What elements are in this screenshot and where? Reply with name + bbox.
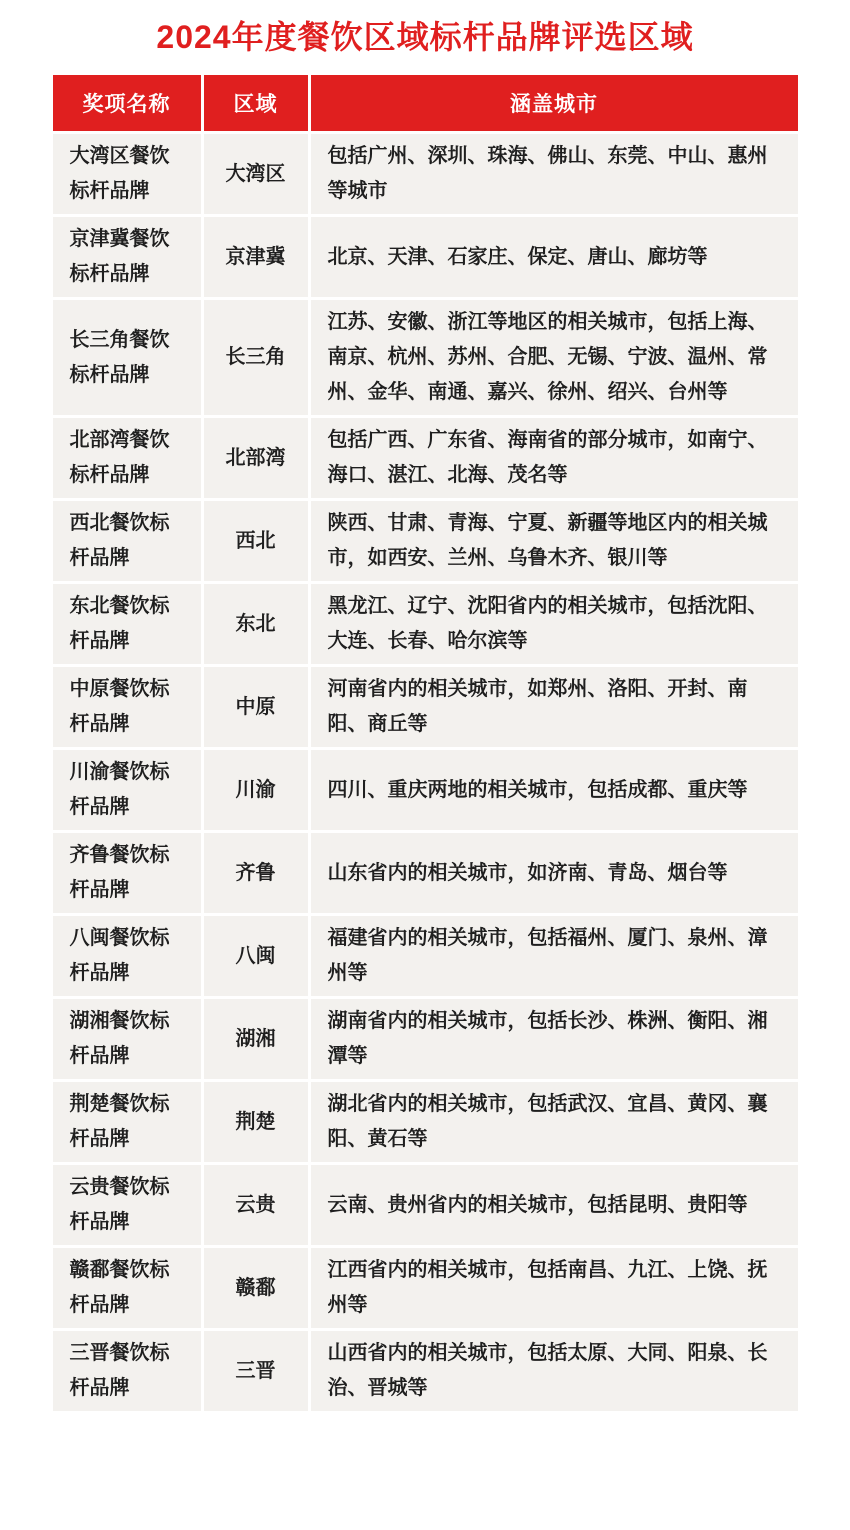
table-row: 大湾区餐饮标杆品牌 大湾区 包括广州、深圳、珠海、佛山、东莞、中山、惠州等城市 (53, 134, 798, 214)
award-name-cell: 长三角餐饮标杆品牌 (53, 300, 201, 415)
award-name-cell: 中原餐饮标杆品牌 (53, 667, 201, 747)
region-cell: 中原 (204, 667, 308, 747)
region-cell: 东北 (204, 584, 308, 664)
covered-cities-cell: 福建省内的相关城市，包括福州、厦门、泉州、漳州等 (311, 916, 798, 996)
covered-cities-cell: 湖北省内的相关城市，包括武汉、宜昌、黄冈、襄阳、黄石等 (311, 1082, 798, 1162)
award-name-cell: 大湾区餐饮标杆品牌 (53, 134, 201, 214)
award-name-cell: 云贵餐饮标杆品牌 (53, 1165, 201, 1245)
region-cell: 北部湾 (204, 418, 308, 498)
region-cell: 八闽 (204, 916, 308, 996)
award-name-cell: 齐鲁餐饮标杆品牌 (53, 833, 201, 913)
table-header: 奖项名称 区域 涵盖城市 (53, 75, 798, 131)
table-row: 长三角餐饮标杆品牌 长三角 江苏、安徽、浙江等地区的相关城市，包括上海、南京、杭… (53, 300, 798, 415)
table-row: 湖湘餐饮标杆品牌 湖湘 湖南省内的相关城市，包括长沙、株洲、衡阳、湘潭等 (53, 999, 798, 1079)
award-name-cell: 京津冀餐饮标杆品牌 (53, 217, 201, 297)
region-cell: 湖湘 (204, 999, 308, 1079)
award-name-cell: 荆楚餐饮标杆品牌 (53, 1082, 201, 1162)
covered-cities-cell: 江西省内的相关城市，包括南昌、九江、上饶、抚州等 (311, 1248, 798, 1328)
table-row: 中原餐饮标杆品牌 中原 河南省内的相关城市，如郑州、洛阳、开封、南阳、商丘等 (53, 667, 798, 747)
table-row: 北部湾餐饮标杆品牌 北部湾 包括广西、广东省、海南省的部分城市，如南宁、海口、湛… (53, 418, 798, 498)
region-cell: 西北 (204, 501, 308, 581)
award-name-cell: 川渝餐饮标杆品牌 (53, 750, 201, 830)
award-name-cell: 西北餐饮标杆品牌 (53, 501, 201, 581)
table-row: 东北餐饮标杆品牌 东北 黑龙江、辽宁、沈阳省内的相关城市，包括沈阳、大连、长春、… (53, 584, 798, 664)
region-cell: 荆楚 (204, 1082, 308, 1162)
covered-cities-cell: 黑龙江、辽宁、沈阳省内的相关城市，包括沈阳、大连、长春、哈尔滨等 (311, 584, 798, 664)
regions-table: 奖项名称 区域 涵盖城市 大湾区餐饮标杆品牌 大湾区 包括广州、深圳、珠海、佛山… (50, 72, 801, 1414)
covered-cities-cell: 河南省内的相关城市，如郑州、洛阳、开封、南阳、商丘等 (311, 667, 798, 747)
covered-cities-cell: 四川、重庆两地的相关城市，包括成都、重庆等 (311, 750, 798, 830)
table-row: 齐鲁餐饮标杆品牌 齐鲁 山东省内的相关城市，如济南、青岛、烟台等 (53, 833, 798, 913)
award-name-cell: 八闽餐饮标杆品牌 (53, 916, 201, 996)
column-header-covered-cities: 涵盖城市 (311, 75, 798, 131)
region-cell: 云贵 (204, 1165, 308, 1245)
region-cell: 赣鄱 (204, 1248, 308, 1328)
award-name-cell: 东北餐饮标杆品牌 (53, 584, 201, 664)
table-row: 三晋餐饮标杆品牌 三晋 山西省内的相关城市，包括太原、大同、阳泉、长治、晋城等 (53, 1331, 798, 1411)
column-header-region: 区域 (204, 75, 308, 131)
table-row: 荆楚餐饮标杆品牌 荆楚 湖北省内的相关城市，包括武汉、宜昌、黄冈、襄阳、黄石等 (53, 1082, 798, 1162)
covered-cities-cell: 云南、贵州省内的相关城市，包括昆明、贵阳等 (311, 1165, 798, 1245)
covered-cities-cell: 山西省内的相关城市，包括太原、大同、阳泉、长治、晋城等 (311, 1331, 798, 1411)
region-cell: 三晋 (204, 1331, 308, 1411)
covered-cities-cell: 江苏、安徽、浙江等地区的相关城市，包括上海、南京、杭州、苏州、合肥、无锡、宁波、… (311, 300, 798, 415)
table-row: 云贵餐饮标杆品牌 云贵 云南、贵州省内的相关城市，包括昆明、贵阳等 (53, 1165, 798, 1245)
region-cell: 长三角 (204, 300, 308, 415)
table-row: 赣鄱餐饮标杆品牌 赣鄱 江西省内的相关城市，包括南昌、九江、上饶、抚州等 (53, 1248, 798, 1328)
covered-cities-cell: 包括广西、广东省、海南省的部分城市，如南宁、海口、湛江、北海、茂名等 (311, 418, 798, 498)
table-row: 西北餐饮标杆品牌 西北 陕西、甘肃、青海、宁夏、新疆等地区内的相关城市，如西安、… (53, 501, 798, 581)
covered-cities-cell: 北京、天津、石家庄、保定、唐山、廊坊等 (311, 217, 798, 297)
award-name-cell: 北部湾餐饮标杆品牌 (53, 418, 201, 498)
table-row: 川渝餐饮标杆品牌 川渝 四川、重庆两地的相关城市，包括成都、重庆等 (53, 750, 798, 830)
covered-cities-cell: 陕西、甘肃、青海、宁夏、新疆等地区内的相关城市，如西安、兰州、乌鲁木齐、银川等 (311, 501, 798, 581)
covered-cities-cell: 湖南省内的相关城市，包括长沙、株洲、衡阳、湘潭等 (311, 999, 798, 1079)
table-row: 京津冀餐饮标杆品牌 京津冀 北京、天津、石家庄、保定、唐山、廊坊等 (53, 217, 798, 297)
covered-cities-cell: 山东省内的相关城市，如济南、青岛、烟台等 (311, 833, 798, 913)
region-cell: 川渝 (204, 750, 308, 830)
table-header-row: 奖项名称 区域 涵盖城市 (53, 75, 798, 131)
award-name-cell: 湖湘餐饮标杆品牌 (53, 999, 201, 1079)
column-header-award-name: 奖项名称 (53, 75, 201, 131)
regions-table-body: 大湾区餐饮标杆品牌 大湾区 包括广州、深圳、珠海、佛山、东莞、中山、惠州等城市 … (53, 134, 798, 1411)
region-cell: 齐鲁 (204, 833, 308, 913)
covered-cities-cell: 包括广州、深圳、珠海、佛山、东莞、中山、惠州等城市 (311, 134, 798, 214)
award-name-cell: 三晋餐饮标杆品牌 (53, 1331, 201, 1411)
award-name-cell: 赣鄱餐饮标杆品牌 (53, 1248, 201, 1328)
region-cell: 大湾区 (204, 134, 308, 214)
page-title: 2024年度餐饮区域标杆品牌评选区域 (0, 18, 850, 56)
table-row: 八闽餐饮标杆品牌 八闽 福建省内的相关城市，包括福州、厦门、泉州、漳州等 (53, 916, 798, 996)
region-cell: 京津冀 (204, 217, 308, 297)
